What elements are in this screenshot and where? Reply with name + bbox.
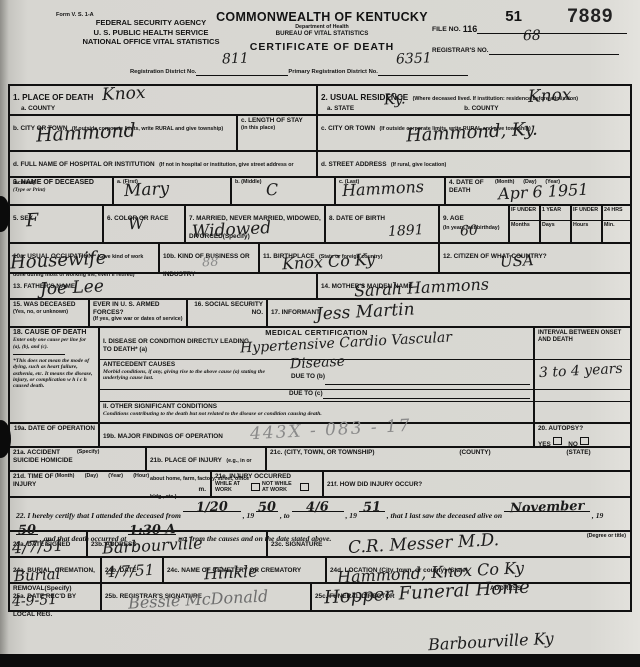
death-certificate-scan: Form V. S. 1-A FEDERAL SECURITY AGENCY U… [0, 0, 640, 667]
age-col-min: Min. [603, 221, 630, 229]
autopsy-no-label: NO [568, 441, 578, 448]
type-or-print-note: (Type or Print) [13, 187, 109, 193]
signature-degree-note: (Degree or title) [587, 533, 626, 539]
certify-alive-on: November [509, 493, 584, 523]
place-city-value: Hammond [36, 121, 137, 145]
date-of-birth-label: 8. DATE OF BIRTH [329, 215, 385, 222]
certify-text-6: , 19 [592, 511, 603, 520]
father-name-value: Joe Lee [40, 278, 105, 298]
cemetery-value: Hinkle [204, 564, 258, 583]
residence-city-value: Hammond, Ky. [406, 121, 539, 146]
commonwealth-title: COMMONWEALTH OF KENTUCKY [212, 10, 432, 24]
age-col-hours: Hours [572, 221, 601, 229]
age-col-days: Days [541, 221, 570, 229]
other-significant-conditions-note: Conditions contributing to the death but… [103, 411, 333, 418]
certify-from-date: 1/20 [195, 493, 228, 521]
file-no-stamp-serial: 7889 [567, 6, 613, 28]
occupation-value: Housewife [10, 249, 107, 272]
primary-district-value: 6351 [396, 50, 432, 67]
mother-maiden-name-value: Sarah Hammons [354, 276, 490, 299]
while-at-work-checkbox [251, 483, 260, 491]
not-while-at-work-checkbox [300, 483, 309, 491]
residence-state-value: Ky. [384, 91, 406, 107]
autopsy-no-checkbox [580, 437, 589, 445]
street-address-note: (If rural, give location) [391, 162, 446, 168]
age-col-under24h-b: 24 HRS [603, 206, 630, 221]
burial-date-value: 4/7/51 [106, 563, 155, 581]
injury-city-label: 21c. (CITY, TOWN, OR TOWNSHIP) [270, 449, 420, 469]
time-m-label: m. [199, 486, 206, 494]
length-of-stay-label: c. LENGTH OF STAY [241, 117, 313, 125]
residence-city-label: c. CITY OR TOWN [321, 125, 375, 132]
residence-county-value: Knox [528, 87, 572, 106]
accident-specify-note: (Specify) [77, 449, 99, 469]
morbid-conditions-note: Morbid conditions, if any, giving rise t… [103, 369, 283, 385]
injury-state-label: (STATE) [530, 449, 627, 469]
age-col-under1yr-b: 1 YEAR [541, 206, 570, 221]
citizen-value: USA [500, 253, 534, 270]
ssn-label: 16. SOCIAL SECURITY NO. [191, 301, 263, 316]
major-findings-label: 19b. MAJOR FINDINGS OF OPERATION [103, 433, 223, 440]
date-of-birth-value: 1891 [388, 223, 424, 239]
age-col-months: Months [510, 221, 539, 229]
date-received-value: 4-9-51 [12, 593, 58, 609]
residence-state-label: a. STATE [327, 105, 354, 113]
registrar-no-value: 68 [522, 28, 540, 45]
date-of-operation-label: 19a. DATE OF OPERATION [13, 425, 95, 433]
armed-forces-label: EVER IN U. S. ARMED FORCES? [93, 301, 183, 316]
street-address-label: d. STREET ADDRESS [321, 161, 386, 168]
race-value: W [128, 216, 145, 233]
registrar-no-label: REGISTRAR'S NO. [432, 47, 489, 55]
date-of-death-value: Apr 6 1951 [498, 182, 589, 203]
autopsy-yes-label: YES [538, 441, 551, 448]
file-no-stamp-year: 51 [505, 8, 522, 25]
length-of-stay-note: (in this place) [241, 125, 313, 131]
cause-footnote: *This does not mean the mode of dying, s… [13, 358, 95, 390]
business-value: 88 [202, 256, 219, 270]
certificate-form: 1. PLACE OF DEATH a. COUNTY Knox b. CITY… [8, 84, 632, 612]
was-deceased-label: 15. WAS DECEASED [13, 301, 85, 309]
registrar-signature-value: Bessie McDonald [128, 588, 269, 611]
while-at-work-label: WHILE AT WORK [215, 481, 249, 493]
disease-value-line2: Disease [290, 355, 346, 372]
informant-value: Jess Martin [316, 301, 415, 323]
due-to-b-label: DUE TO (b) [291, 373, 325, 385]
informant-label: 17. INFORMANT [271, 309, 320, 316]
place-county-label: a. COUNTY [21, 105, 313, 113]
header-title-block: COMMONWEALTH OF KENTUCKY Department of H… [212, 10, 432, 53]
time-of-injury-columns: (Month) (Day) (Year) (Hour) [55, 473, 149, 488]
file-no-label: FILE NO. [432, 26, 461, 34]
reg-district-label: Registration District No. [130, 69, 196, 76]
autopsy-yes-checkbox [553, 437, 562, 445]
autopsy-label: 20. AUTOPSY? [538, 425, 627, 433]
residence-county-label: b. COUNTY [464, 105, 498, 113]
interval-label: INTERVAL BETWEEN ONSET AND DEATH [535, 328, 630, 360]
age-col-under24h-a: IF UNDER [572, 206, 601, 221]
hospital-label: d. FULL NAME OF HOSPITAL OR INSTITUTION [13, 161, 155, 168]
funeral-director-address-value: Barbourville Ky [428, 631, 554, 654]
injury-county-label: (COUNTY) [420, 449, 530, 469]
age-value: 60 [460, 224, 479, 239]
place-of-injury-label: 21b. PLACE OF INJURY [150, 457, 222, 464]
date-signed-value: 4/7/51 [12, 538, 64, 557]
certify-text-4: , 19 [345, 511, 356, 520]
disease-label: I. DISEASE OR CONDITION DIRECTLY LEADING… [103, 338, 253, 353]
name-middle-label: b. (Middle) [235, 179, 331, 185]
certify-to-date: 4/6 [306, 494, 330, 522]
certify-from-year: 50 [258, 494, 277, 522]
cause-instructions: Enter only one cause per line for (a), (… [13, 337, 95, 349]
cause-divider [13, 354, 65, 355]
scan-bottom-edge [0, 654, 640, 667]
header-file-block: FILE NO. 116 51 7889 REGISTRAR'S NO. 68 [432, 20, 632, 55]
accident-suicide-homicide-label: 21a. ACCIDENT SUICIDE HOMICIDE [13, 449, 77, 469]
certify-to-year: 51 [362, 494, 381, 522]
cause-of-death-label: 18. CAUSE OF DEATH [13, 329, 95, 337]
other-significant-conditions-label: II. OTHER SIGNIFICANT CONDITIONS [103, 403, 530, 411]
was-deceased-note: (Yes, no, or unknown) [13, 309, 85, 315]
name-first-value: Mary [124, 181, 170, 200]
signature-label: 23c. SIGNATURE [271, 541, 322, 548]
marital-value: Widowed [192, 220, 272, 241]
certify-text-2: , 19 [243, 511, 254, 520]
how-did-injury-occur-label: 21f. HOW DID INJURY OCCUR? [327, 481, 422, 488]
bureau-vital-statistics: BUREAU OF VITAL STATISTICS [212, 30, 432, 37]
birthplace-value: Knox Co Ky [282, 252, 376, 273]
name-last-value: Hammons [342, 179, 425, 199]
certify-text-3: , to [280, 511, 290, 520]
injury-occurred-label: 21e. INJURY OCCURRED [215, 473, 319, 481]
date-of-death-label: 4. DATE OF DEATH [449, 179, 495, 194]
file-no-printed: 116 [463, 24, 478, 34]
name-middle-value: C [266, 182, 279, 199]
registration-district-line: Registration District No. 811 Primary Re… [130, 66, 550, 76]
due-to-c-label: DUE TO (c) [289, 390, 323, 401]
primary-district-label: Primary Registration District No. [288, 69, 378, 76]
not-while-at-work-label: NOT WHILE AT WORK [262, 481, 298, 493]
signed-address-value: Barbourville [102, 535, 203, 556]
place-of-death-title: 1. PLACE OF DEATH [13, 93, 93, 102]
interval-value: 3 to 4 years [539, 362, 623, 380]
burial-type-value: Burial [14, 567, 61, 584]
age-col-under1yr-a: IF UNDER [510, 206, 539, 221]
certify-text-5: , that I last saw the deceased alive on [387, 511, 502, 520]
reg-district-value: 811 [222, 51, 249, 68]
sex-value: F [26, 212, 39, 231]
time-of-injury-label: 21d. TIME OF INJURY [13, 473, 55, 488]
armed-forces-note: (If yes, give war or dates of service) [93, 316, 183, 322]
age-label: 9. AGE [443, 215, 464, 222]
signature-value: C.R. Messer M.D. [348, 532, 500, 557]
place-county-value: Knox [102, 85, 146, 104]
